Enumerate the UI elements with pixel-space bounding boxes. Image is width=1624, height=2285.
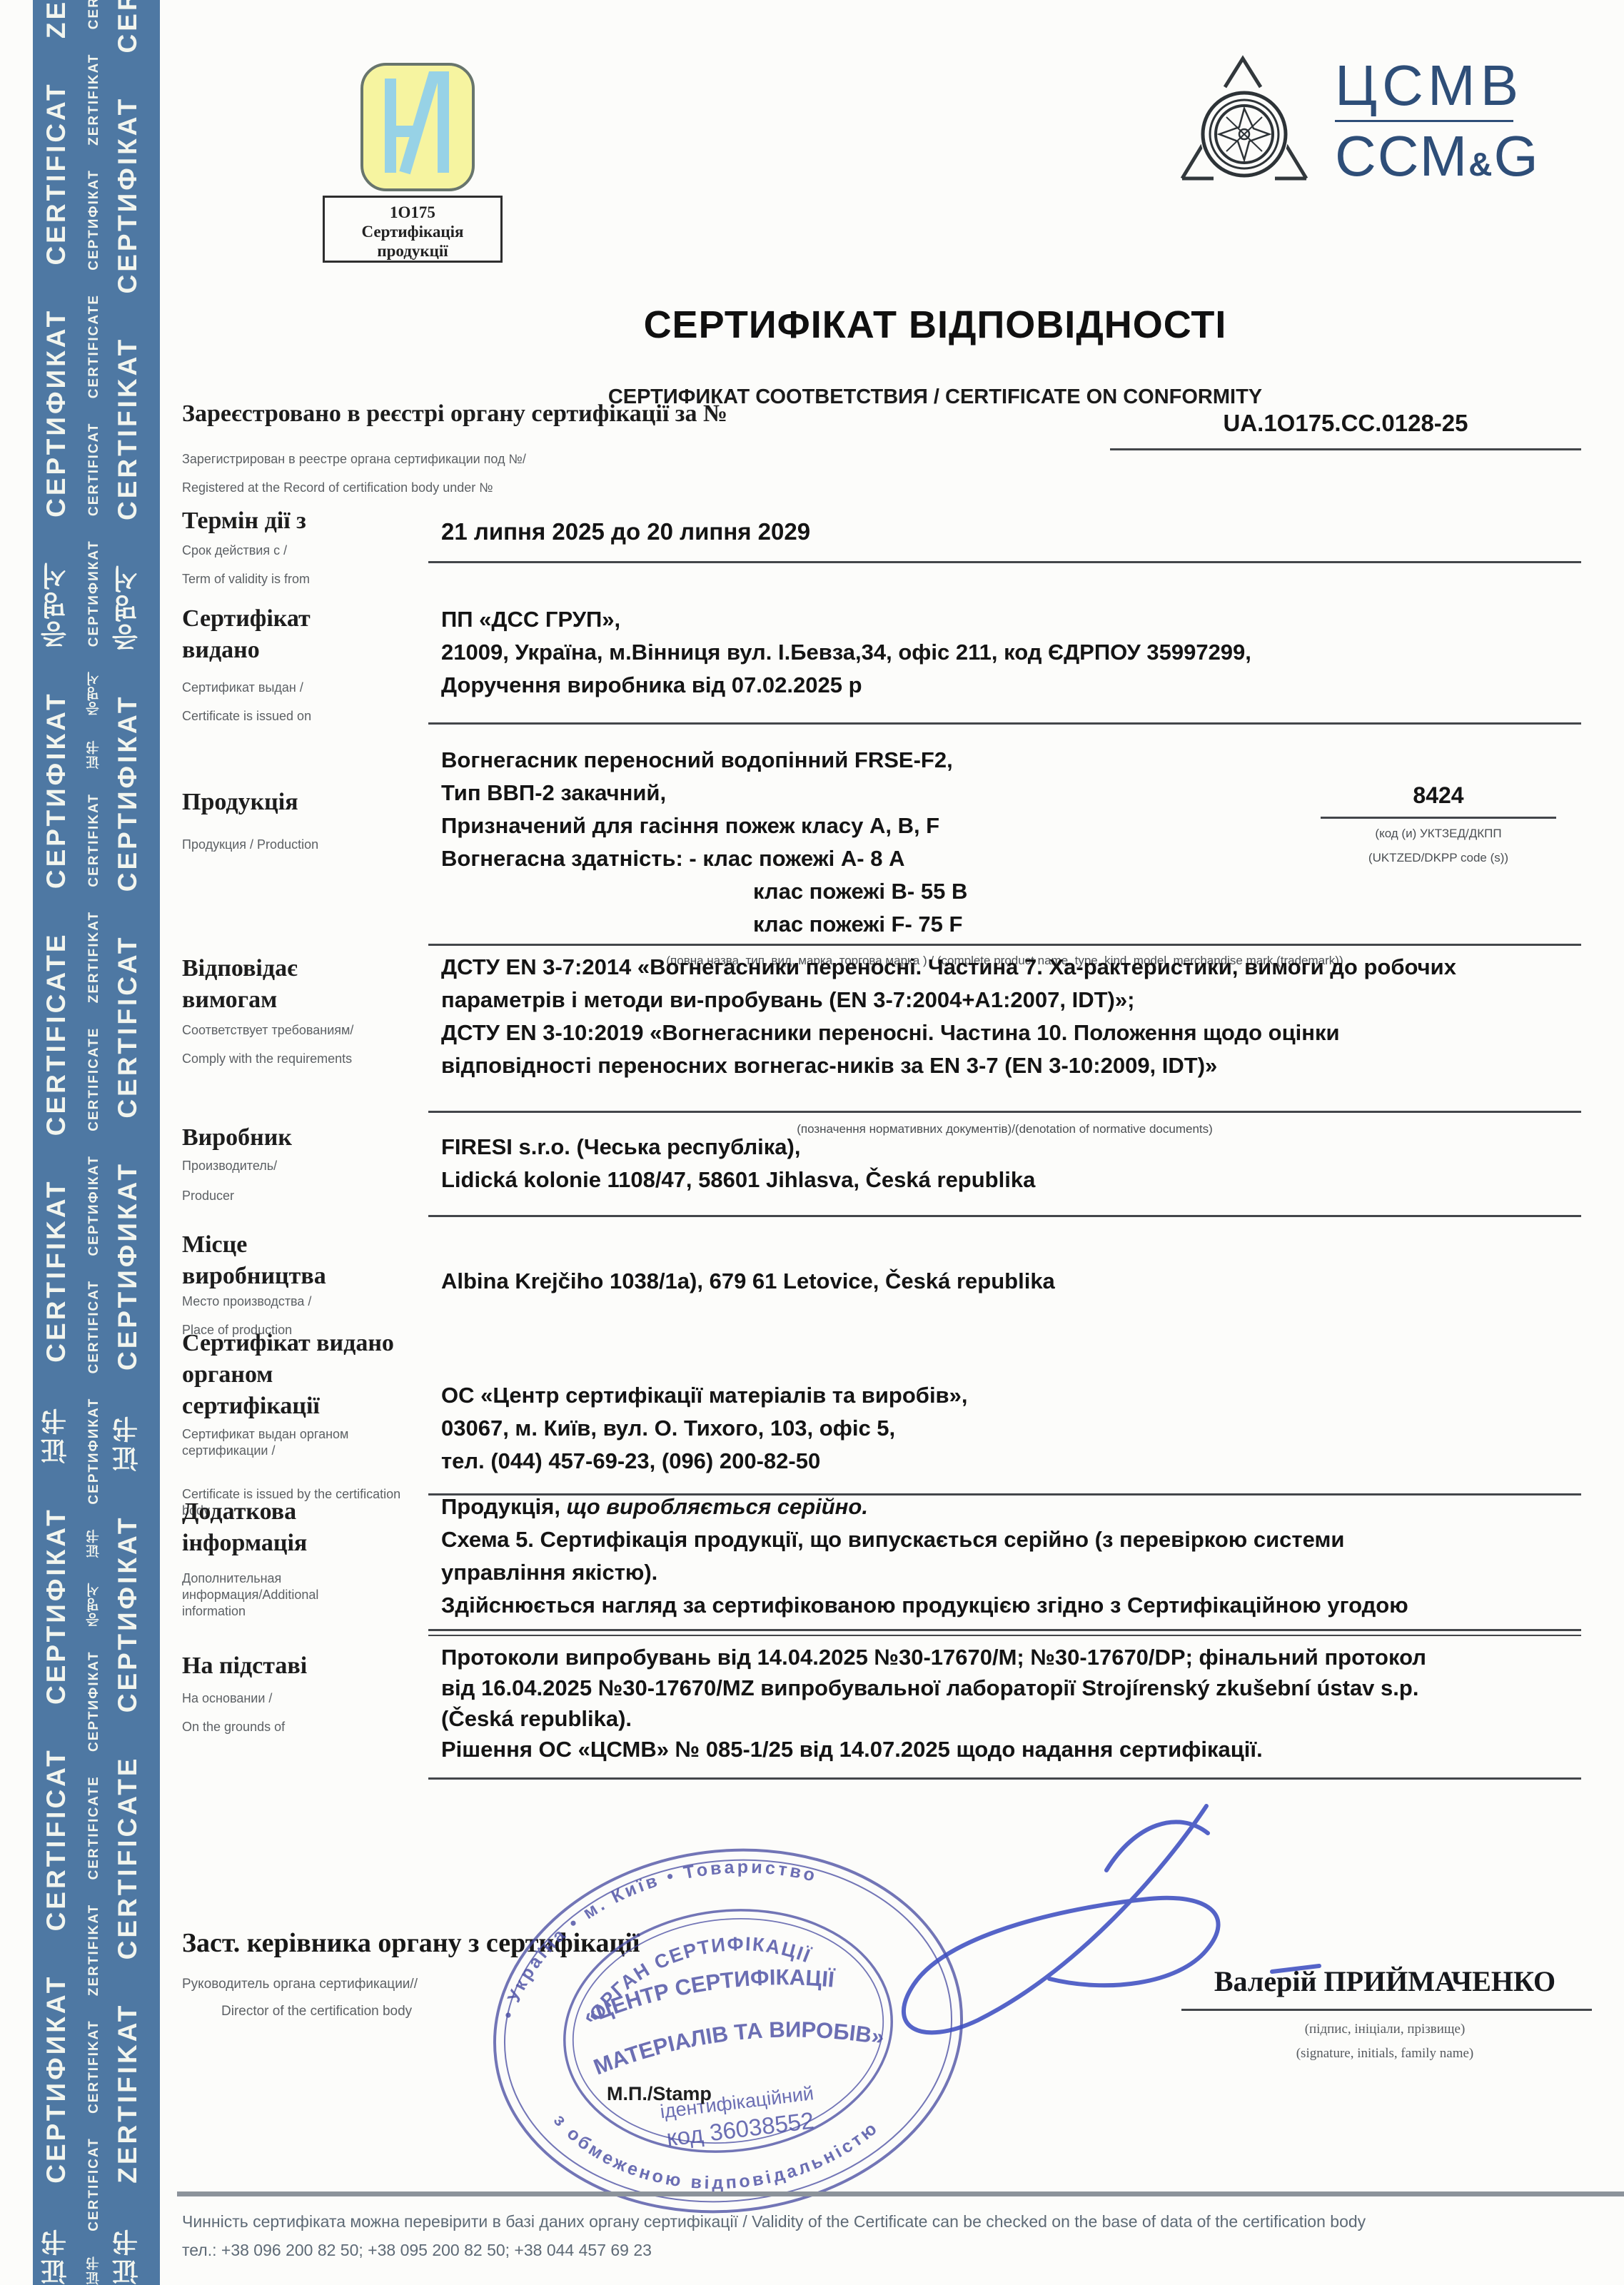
ccmg-latin: ССМ&G xyxy=(1335,123,1540,197)
grounds-line: Рішення ОС «ЦСМВ» № 085-1/25 від 14.07.2… xyxy=(441,1734,1426,1765)
grounds-underline xyxy=(428,1777,1581,1780)
grounds-label-en: On the grounds of xyxy=(182,1719,285,1735)
requirements-line: відповідності переносних вогнегас-ників … xyxy=(441,1049,1456,1082)
uktzed-underline xyxy=(1321,817,1556,819)
registration-label: Зареєстровано в реєстрі органу сертифіка… xyxy=(182,398,1003,430)
additional-label-ruen: Дополнительная информация/Additional inf… xyxy=(182,1570,353,1620)
grounds-line: від 16.04.2025 №30-17670/MZ випробувальн… xyxy=(441,1673,1426,1703)
additional-line: управління якістю). xyxy=(441,1556,1408,1589)
cert-body-line: тел. (044) 457-69-23, (096) 200-82-50 xyxy=(441,1445,967,1478)
production-underline xyxy=(428,944,1581,946)
cert-body-value: ОС «Центр сертифікації матеріалів та вир… xyxy=(441,1379,967,1478)
certificate-title: СЕРТИФІКАТ ВІДПОВІДНОСТІ xyxy=(300,303,1570,347)
accreditation-caption-2: продукції xyxy=(325,241,500,261)
additional-line: Схема 5. Сертифікація продукції, що випу… xyxy=(441,1523,1408,1556)
accreditation-mark-icon xyxy=(363,66,466,183)
cert-body-line: ОС «Центр сертифікації матеріалів та вир… xyxy=(441,1379,967,1412)
additional-underline-1 xyxy=(428,1629,1581,1631)
sidebar-band: 证书 СЕРТИФИКАТ CERTIFICAT СЕРТИФІКАТ 证书 C… xyxy=(33,0,160,2285)
registration-label-ru: Зарегистрирован в реестре органа сертифи… xyxy=(182,451,526,468)
footer-validity-note: Чинність сертифіката можна перевірити в … xyxy=(182,2209,1603,2235)
validity-underline xyxy=(428,561,1581,563)
requirements-label-en: Comply with the requirements xyxy=(182,1051,382,1067)
signatory-role-en: Director of the certification body xyxy=(221,2003,412,2019)
producer-value: FIRESI s.r.o. (Чеська республіка), Lidic… xyxy=(441,1131,1035,1196)
production-line-indent: клас пожежі F- 75 F xyxy=(753,908,967,941)
registration-underline xyxy=(1110,448,1581,450)
accreditation-number: 1О175 xyxy=(325,203,500,222)
requirements-label: Відповідає вимогам xyxy=(182,953,360,1016)
cert-body-label: Сертифікат видано органом сертифікації xyxy=(182,1328,410,1422)
stamp-placeholder-label: М.П./Stamp xyxy=(607,2083,712,2105)
ccmg-divider xyxy=(1335,120,1513,122)
requirements-line: параметрів і методи ви-пробувань (EN 3-7… xyxy=(441,984,1456,1017)
issued-to-line: 21009, Україна, м.Вінниця вул. І.Бевза,3… xyxy=(441,636,1251,669)
place-value: Albina Krejčiho 1038/1a), 679 61 Letovic… xyxy=(441,1265,1055,1298)
issued-to-line: Доручення виробника від 07.02.2025 р xyxy=(441,669,1251,702)
place-label-ru: Место производства / xyxy=(182,1293,311,1310)
additional-value: Продукція, що виробляється серійно. Схем… xyxy=(441,1490,1408,1622)
sidebar-text-column-right: 证书 ZERTIFIKAT CERTIFICATE СЕРТИФІКАТ 证书 … xyxy=(109,0,154,2285)
production-line: Призначений для гасіння пожеж класу А, В… xyxy=(441,809,967,842)
production-value: Вогнегасник переносний водопінний FRSE-F… xyxy=(441,744,967,941)
certificate-page: 证书 СЕРТИФИКАТ CERTIFICAT СЕРТИФІКАТ 证书 C… xyxy=(0,0,1624,2285)
ccmg-logo-icon xyxy=(1169,50,1319,193)
issued-to-line: ПП «ДСС ГРУП», xyxy=(441,603,1251,636)
requirements-line: ДСТУ EN 3-10:2019 «Вогнегасники переносн… xyxy=(441,1017,1456,1049)
requirements-underline xyxy=(428,1111,1581,1113)
uktzed-code: 8424 xyxy=(1321,782,1556,809)
grounds-label-ru: На основании / xyxy=(182,1690,272,1707)
sidebar-text-column-middle: 证书 CERTIFICAT CERTIFIKAT ZERTIFIKAT CERT… xyxy=(84,0,106,2285)
registration-label-en: Registered at the Record of certificatio… xyxy=(182,480,493,496)
additional-line-italic: що виробляється серійно. xyxy=(567,1494,868,1519)
cert-body-label-ru: Сертификат выдан органом сертификации / xyxy=(182,1426,403,1459)
grounds-value: Протоколи випробувань від 14.04.2025 №30… xyxy=(441,1642,1426,1765)
additional-line: Здійснюється нагляд за сертифікованою пр… xyxy=(441,1589,1408,1622)
ccmg-cyrillic: ЦСМВ xyxy=(1335,53,1540,118)
producer-underline xyxy=(428,1215,1581,1217)
producer-label-ru: Производитель/ xyxy=(182,1158,277,1174)
uktzed-note-uk: (код (и) УКТЗЕД/ДКПП xyxy=(1321,827,1556,841)
signatory-role-ru: Руководитель органа сертификации// xyxy=(182,1976,418,1992)
producer-line: Lidická kolonie 1108/47, 58601 Jihlasva,… xyxy=(441,1164,1035,1196)
grounds-line: Протоколи випробувань від 14.04.2025 №30… xyxy=(441,1642,1426,1673)
requirements-value: ДСТУ EN 3-7:2014 «Вогнегасники переносні… xyxy=(441,951,1456,1082)
ccmg-logo-text: ЦСМВ ССМ&G xyxy=(1335,53,1540,197)
production-line: Тип ВВП-2 закачний, xyxy=(441,777,967,809)
issued-to-label-en: Certificate is issued on xyxy=(182,708,311,725)
issued-to-label-ru: Сертификат выдан / xyxy=(182,680,303,696)
producer-line: FIRESI s.r.o. (Чеська республіка), xyxy=(441,1131,1035,1164)
production-line-indent: клас пожежі В- 55 В xyxy=(753,875,967,908)
validity-label-ru: Срок действия с / xyxy=(182,543,287,559)
issued-to-underline xyxy=(428,722,1581,725)
accreditation-logo xyxy=(360,63,475,191)
issued-to-label: Сертифікат видано xyxy=(182,603,360,666)
accreditation-caption-1: Сертифікація xyxy=(325,222,500,241)
additional-underline-2 xyxy=(428,1635,1581,1636)
footer-phones: тел.: +38 096 200 82 50; +38 095 200 82 … xyxy=(182,2237,1603,2264)
additional-line: Продукція, що виробляється серійно. xyxy=(441,1490,1408,1523)
accreditation-number-box: 1О175 Сертифікація продукції xyxy=(323,196,503,263)
ampersand: & xyxy=(1468,146,1493,183)
place-label: Місце виробництва xyxy=(182,1229,382,1292)
production-line: Вогнегасник переносний водопінний FRSE-F… xyxy=(441,744,967,777)
footer-divider xyxy=(177,2191,1624,2196)
validity-value: 21 липня 2025 до 20 липня 2029 xyxy=(441,515,810,548)
producer-label: Виробник xyxy=(182,1122,292,1154)
production-line: Вогнегасна здатність: - клас пожежі А- 8… xyxy=(441,842,967,875)
validity-label: Термін дії з xyxy=(182,505,306,537)
production-label: Продукція xyxy=(182,787,298,818)
validity-label-en: Term of validity is from xyxy=(182,571,310,587)
grounds-line: (Česká republika). xyxy=(441,1703,1426,1734)
producer-label-en: Producer xyxy=(182,1188,234,1204)
production-label-ruen: Продукция / Production xyxy=(182,837,318,853)
grounds-label: На підставі xyxy=(182,1650,307,1682)
requirements-line: ДСТУ EN 3-7:2014 «Вогнегасники переносні… xyxy=(441,951,1456,984)
handwritten-signature xyxy=(707,1785,1335,2092)
uktzed-note-en: (UKTZED/DKPP code (s)) xyxy=(1321,851,1556,865)
registration-number: UA.1О175.CC.0128-25 xyxy=(1110,410,1581,437)
sidebar-text-column-left: 证书 СЕРТИФИКАТ CERTIFICAT СЕРТИФІКАТ 证书 C… xyxy=(37,0,81,2285)
requirements-label-ru: Соответствует требованиям/ xyxy=(182,1022,382,1039)
issued-to-value: ПП «ДСС ГРУП», 21009, Україна, м.Вінниця… xyxy=(441,603,1251,702)
cert-body-line: 03067, м. Київ, вул. О. Тихого, 103, офі… xyxy=(441,1412,967,1445)
additional-label: Додаткова інформація xyxy=(182,1496,360,1559)
